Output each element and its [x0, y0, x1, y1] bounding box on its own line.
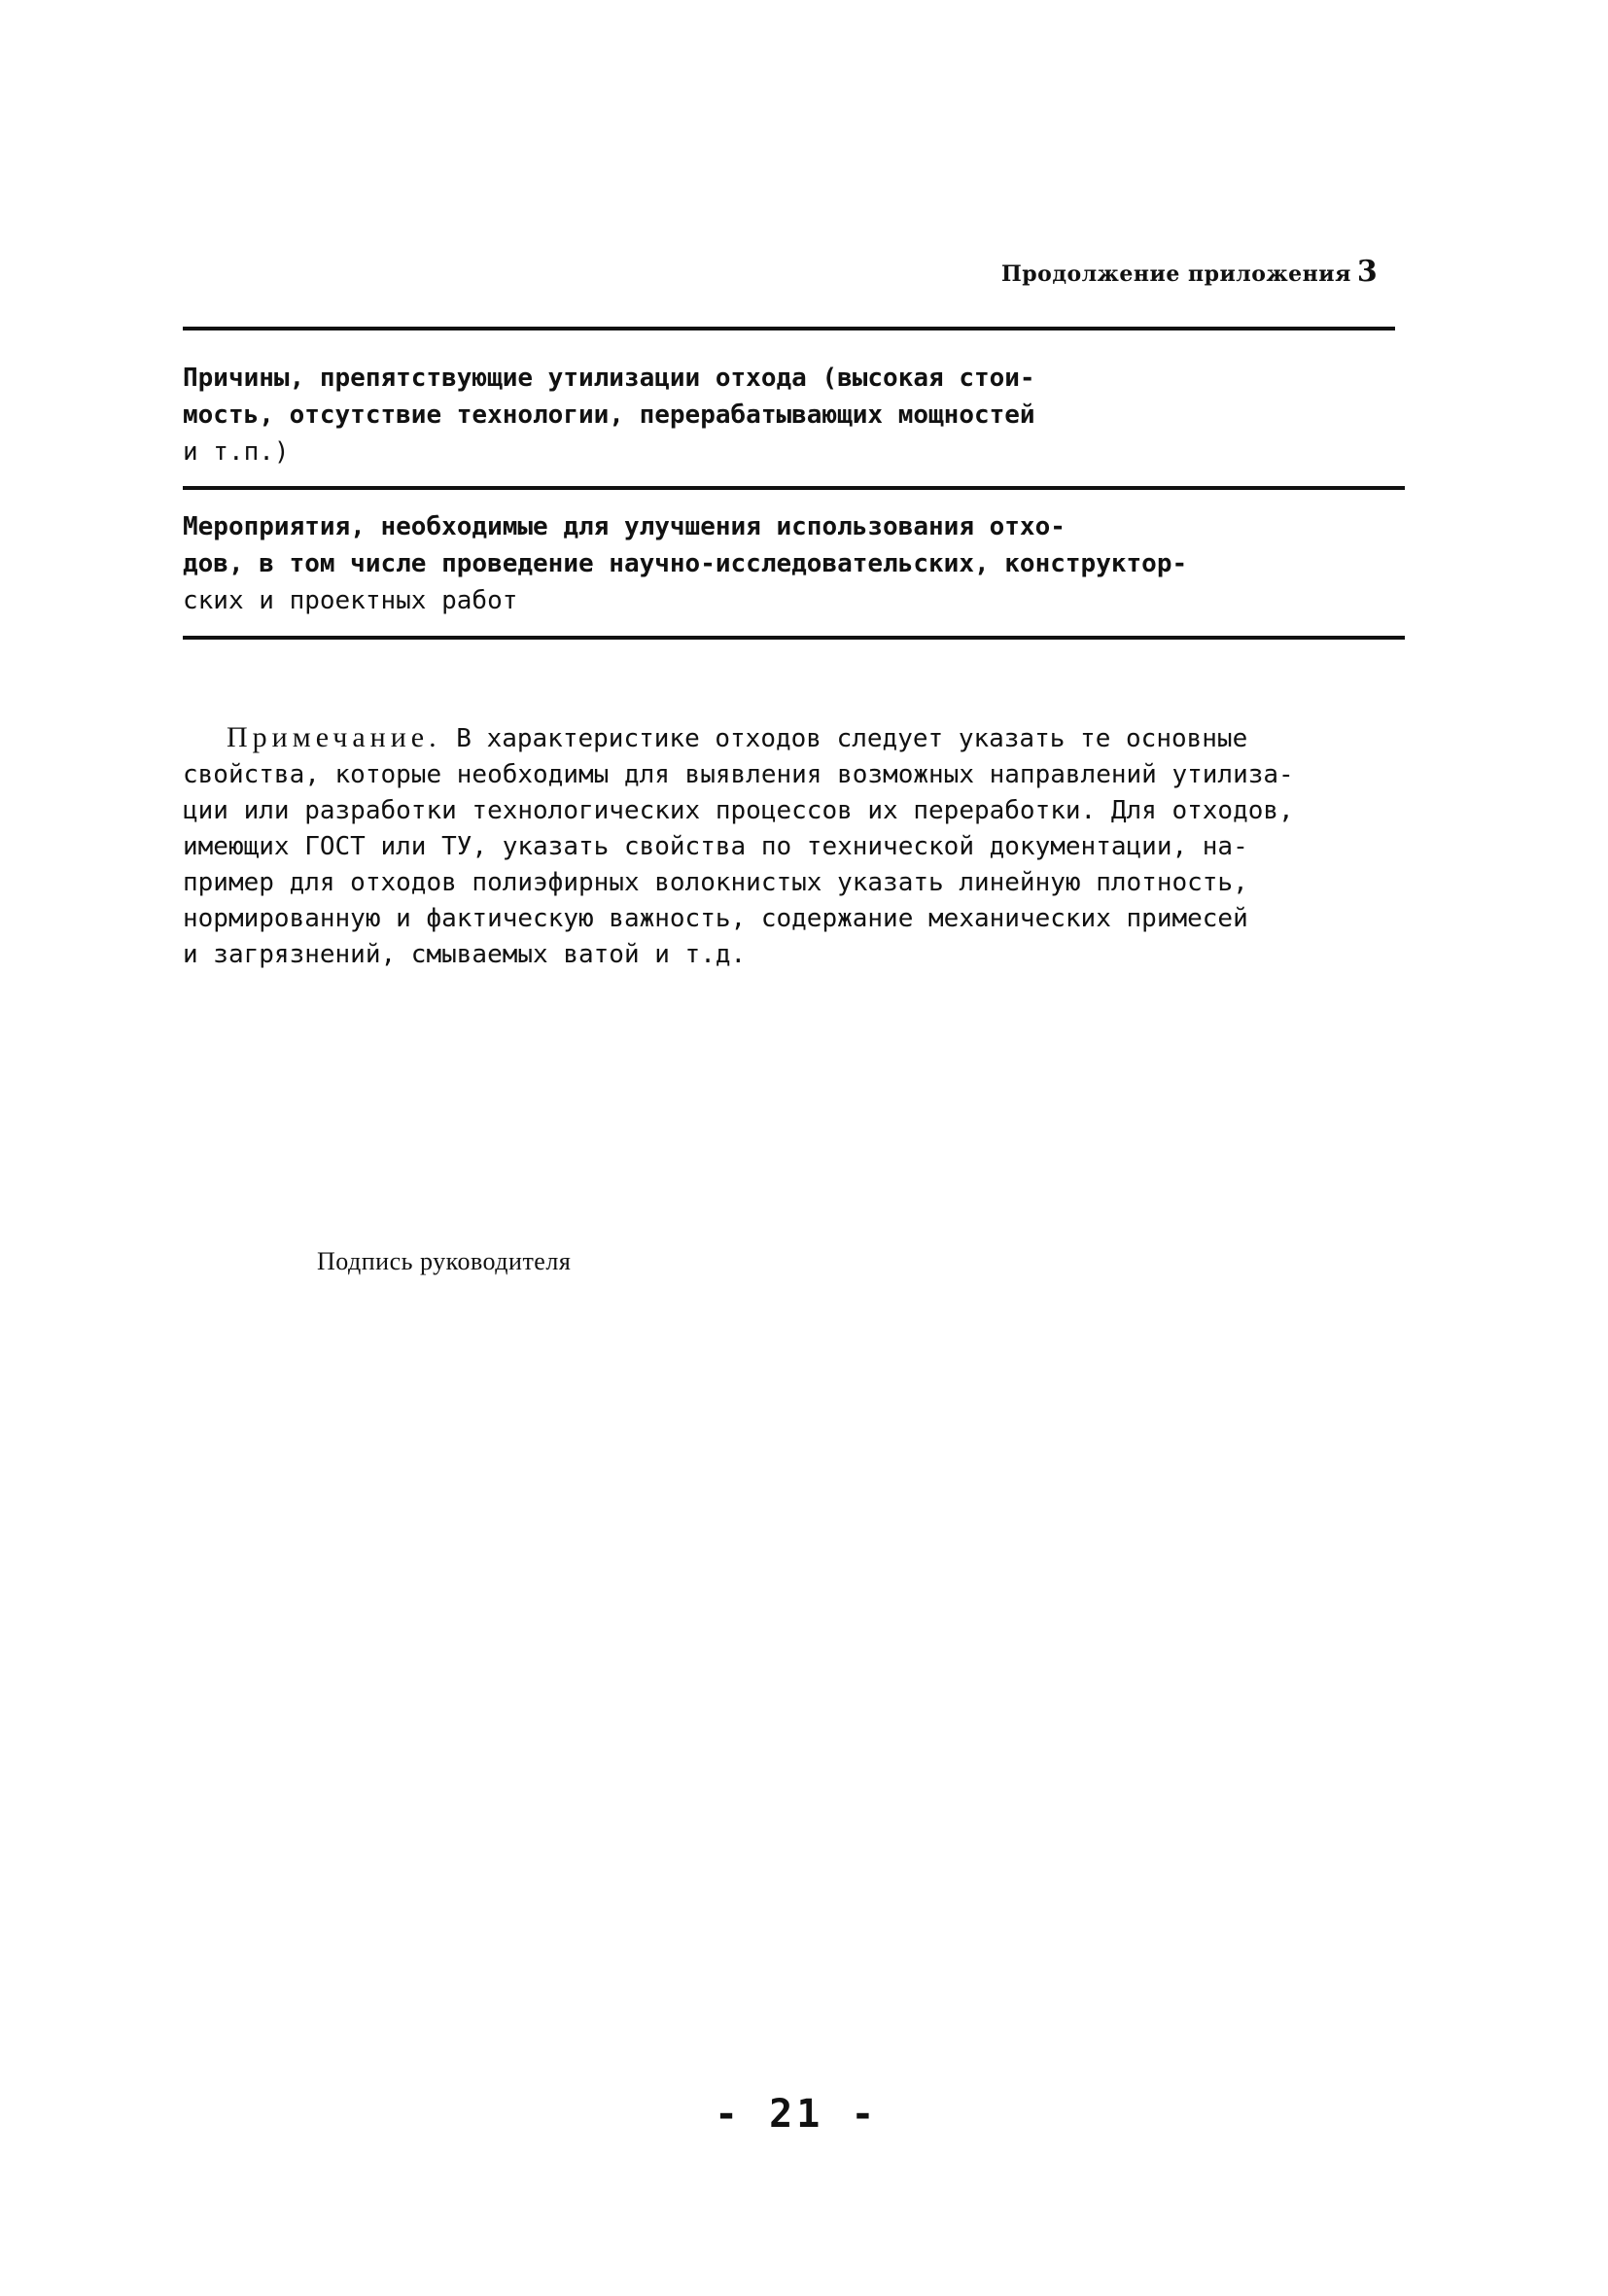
note-line: свойства, которые необходимы для выявлен…	[183, 757, 1427, 793]
table-top-rule	[183, 327, 1395, 330]
appendix-continuation-title: Продолжение приложения	[1001, 261, 1351, 287]
note-label: Примечание.	[227, 721, 441, 753]
note-line: ции или разработки технологических проце…	[183, 793, 1427, 829]
table-row-reasons: Причины, препятствующие утилизации отход…	[183, 360, 1252, 470]
note-line: нормированную и фактическую важность, со…	[183, 901, 1427, 937]
table-row-line: Причины, препятствующие утилизации отход…	[183, 360, 1252, 397]
note-paragraph: Примечание. В характеристике отходов сле…	[183, 719, 1427, 973]
note-line: имеющих ГОСТ или ТУ, указать свойства по…	[183, 829, 1427, 865]
table-row-line: и т.п.)	[183, 434, 1252, 470]
page-number: - 21 -	[715, 2092, 879, 2137]
note-line: пример для отходов полиэфирных волокнист…	[183, 865, 1427, 901]
table-row-line: дов, в том числе проведение научно-иссле…	[183, 545, 1252, 582]
table-row-divider	[183, 486, 1405, 490]
table-row-line: мость, отсутствие технологии, перерабаты…	[183, 397, 1252, 434]
table-row-measures: Мероприятия, необходимые для улучшения и…	[183, 508, 1252, 619]
signature-label: Подпись руководителя	[317, 1247, 571, 1276]
note-line: и загрязнений, смываемых ватой и т.д.	[183, 937, 1427, 973]
table-row-line: Мероприятия, необходимые для улучшения и…	[183, 508, 1252, 545]
note-text: В характеристике отходов следует указать…	[441, 724, 1248, 753]
table-row-line: ских и проектных работ	[183, 582, 1252, 619]
note-first-line: Примечание. В характеристике отходов сле…	[183, 719, 1427, 757]
appendix-number: 3	[1357, 255, 1378, 289]
page-header: Продолжение приложения3	[1001, 255, 1378, 289]
table-bottom-rule	[183, 636, 1405, 640]
